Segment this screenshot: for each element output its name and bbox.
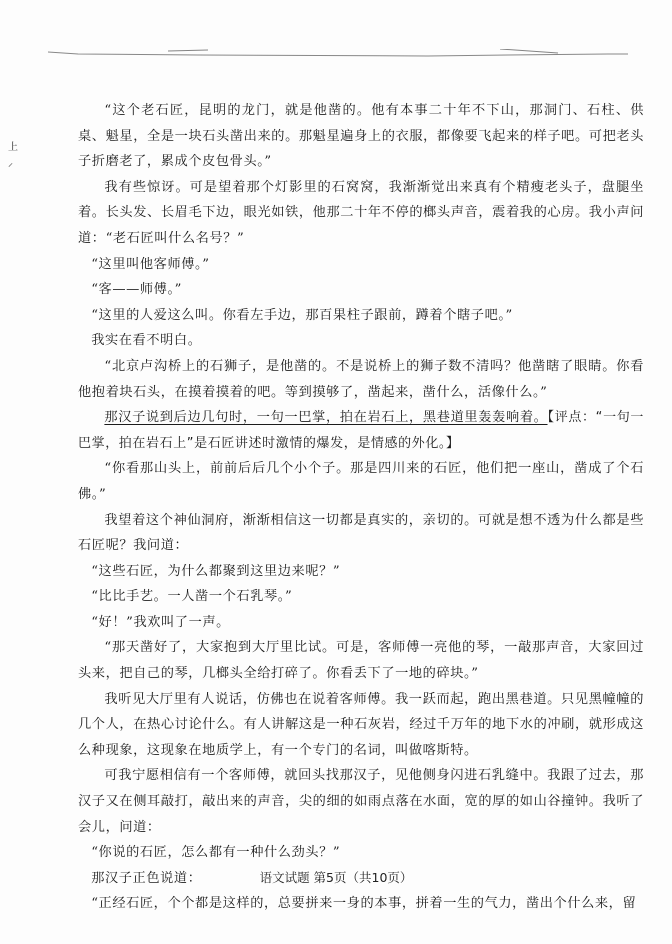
margin-marks: 上 ⸝: [8, 140, 20, 180]
paragraph: “这里的人爱这么叫。你看左手边，那百果柱子跟前，蹲着个瞎子吧。”: [78, 303, 644, 329]
underlined-sentence: 那汉子说到后边几句时，一句一巴掌，拍在岩石上，黑巷道里轰轰响着。: [104, 410, 547, 425]
article-body: “这个老石匠，昆明的龙门，就是他凿的。他有本事二十年不下山，那洞门、石柱、供桌、…: [78, 98, 644, 917]
paragraph: “正经石匠，个个都是这样的，总要拼来一身的本事，拼着一生的气力，凿出个什么来，留: [78, 891, 644, 917]
paragraph: “比比手艺。一人凿一个石乳琴。”: [78, 584, 644, 610]
paragraph: “北京卢沟桥上的石狮子，是他凿的。不是说桥上的狮子数不清吗？他凿瞎了眼睛。你看他…: [78, 354, 644, 405]
paragraph: “这里叫他客师傅。”: [78, 252, 644, 278]
paragraph: “好！”我欢叫了一声。: [78, 610, 644, 636]
paragraph: 可我宁愿相信有一个客师傅，就回头找那汉子，见他侧身闪进石乳缝中。我跟了过去，那汉…: [78, 763, 644, 840]
paragraph: “这个老石匠，昆明的龙门，就是他凿的。他有本事二十年不下山，那洞门、石柱、供桌、…: [78, 98, 644, 175]
paragraph: “客——师傅。”: [78, 277, 644, 303]
annotated-paragraph: 那汉子说到后边几句时，一句一巴掌，拍在岩石上，黑巷道里轰轰响着。【评点：“一句一…: [78, 405, 644, 456]
margin-mark: ⸝: [8, 156, 20, 172]
page-top-edge-shadow: [48, 49, 628, 57]
paragraph: 我实在看不明白。: [78, 328, 644, 354]
margin-mark: 上: [8, 140, 20, 156]
paragraph: “那天凿好了，大家抱到大厅里比试。可是，客师傅一亮他的琴，一敲那声音，大家回过头…: [78, 635, 644, 686]
paragraph: “这些石匠，为什么都聚到这里边来呢？”: [78, 559, 644, 585]
paragraph: 我有些惊讶。可是望着那个灯影里的石窝窝，我渐渐觉出来真有个精瘦老头子，盘腿坐着。…: [78, 175, 644, 252]
page-footer: 语文试题 第5页（共10页）: [0, 868, 672, 886]
paragraph: “你说的石匠，怎么都有一种什么劲头？”: [78, 840, 644, 866]
scanned-page: 上 ⸝ “这个老石匠，昆明的龙门，就是他凿的。他有本事二十年不下山，那洞门、石柱…: [0, 0, 672, 944]
paragraph: “你看那山头上，前前后后几个小个子。那是四川来的石匠，他们把一座山，凿成了个石佛…: [78, 456, 644, 507]
paragraph: 我望着这个神仙洞府，渐渐相信这一切都是真实的，亲切的。可就是想不透为什么都是些石…: [78, 508, 644, 559]
paragraph: 我听见大厅里有人说话，仿佛也在说着客师傅。我一跃而起，跑出黑巷道。只见黑幢幢的几…: [78, 687, 644, 764]
